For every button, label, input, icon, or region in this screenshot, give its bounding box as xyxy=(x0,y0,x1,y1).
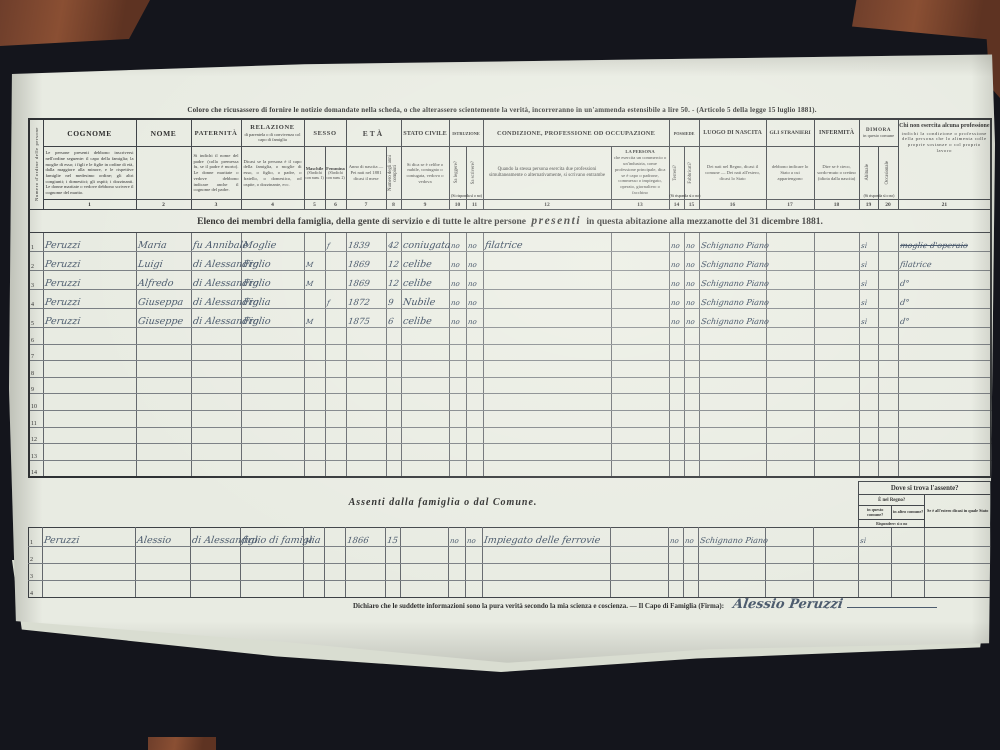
cell-da: sì xyxy=(859,252,878,271)
cell-stranieri xyxy=(766,233,814,252)
cell-nascita: Schignano Piano xyxy=(699,252,766,271)
eta-anni-label: Numero degli anni compiuti xyxy=(386,147,401,200)
cell-questo xyxy=(859,547,892,564)
cell-sf: f xyxy=(325,233,346,252)
cell-legge xyxy=(449,564,466,581)
cell-cognome xyxy=(43,410,136,427)
cell-prof xyxy=(483,328,611,345)
cell-pt: no xyxy=(669,290,684,309)
head-of-family-signature: Alessio Peruzzi xyxy=(732,598,844,611)
cell-do xyxy=(878,344,898,361)
cell-paternita: di Alessandro xyxy=(191,252,241,271)
cell-scrive: no xyxy=(466,528,483,547)
cell-stranieri xyxy=(766,460,814,477)
cell-nome: Luigi xyxy=(136,252,191,271)
cell-cognome xyxy=(43,328,136,345)
column-sesso-title: SESSO xyxy=(304,119,346,147)
cell-stranieri xyxy=(766,528,814,547)
cell-nascita: Schignano Piano xyxy=(699,233,766,252)
cell-paternita xyxy=(191,547,241,564)
condizione-note: Quando la stessa persona esercita due pr… xyxy=(483,147,611,200)
cell-n: 10 xyxy=(29,394,43,411)
cell-legge xyxy=(449,344,466,361)
census-table-present: Numero d'ordine delle persone COGNOME NO… xyxy=(28,118,992,478)
penalty-notice: Coloro che ricusassero di fornire le not… xyxy=(8,106,996,114)
cell-paternita xyxy=(191,427,241,444)
cell-estero xyxy=(925,547,991,564)
cell-questo xyxy=(859,564,892,581)
table-row: 1PeruzziMariafu AnnibaleMoglief183942con… xyxy=(29,233,991,252)
cell-relazione: Figlio xyxy=(241,309,304,328)
cell-stato xyxy=(401,410,449,427)
cell-sm xyxy=(304,444,325,461)
cell-persona xyxy=(611,271,669,290)
cell-persona xyxy=(611,394,669,411)
cell-nascita xyxy=(699,547,766,564)
cell-persona xyxy=(611,309,669,328)
cell-persona xyxy=(611,410,669,427)
cell-pt xyxy=(669,344,684,361)
cell-relazione xyxy=(241,328,304,345)
cell-stranieri xyxy=(766,328,814,345)
cell-chi xyxy=(898,361,991,378)
cell-infermita xyxy=(814,394,859,411)
cell-infermita xyxy=(814,290,859,309)
cell-scrive xyxy=(466,328,483,345)
column-istruzione-title: ISTRUZIONE xyxy=(449,119,483,147)
cell-infermita xyxy=(814,309,859,328)
cell-nascita xyxy=(699,427,766,444)
cell-infermita xyxy=(814,361,859,378)
cell-pf xyxy=(684,410,699,427)
cell-paternita xyxy=(191,444,241,461)
cell-chi: d° xyxy=(898,290,991,309)
cell-sf xyxy=(325,564,346,581)
cell-pt xyxy=(669,444,684,461)
cell-sm: M xyxy=(304,271,325,290)
cell-relazione: figlio di famiglia xyxy=(241,528,304,547)
cell-pf xyxy=(684,460,699,477)
table-row: 2 xyxy=(29,547,991,564)
cell-scrive xyxy=(466,377,483,394)
cell-paternita xyxy=(191,328,241,345)
absent-box-questo: in questo comune? xyxy=(859,506,892,520)
cell-anno: 1869 xyxy=(346,252,386,271)
cell-infermita xyxy=(814,427,859,444)
column-possiede-title: POSSIEDE xyxy=(669,119,699,147)
cell-nome: Giuseppe xyxy=(136,309,191,328)
cell-scrive: no xyxy=(466,252,483,271)
sesso-maschile: Maschile(S'indichi con num. 1) xyxy=(304,147,325,200)
cell-da xyxy=(859,444,878,461)
cell-chi: moglie d'operaio xyxy=(898,233,991,252)
cell-prof xyxy=(483,361,611,378)
cell-prof xyxy=(483,427,611,444)
cell-stato xyxy=(401,444,449,461)
cell-stranieri xyxy=(766,377,814,394)
cell-prof xyxy=(483,271,611,290)
cell-sm xyxy=(304,344,325,361)
cell-anni: 42 xyxy=(386,233,401,252)
cell-stranieri xyxy=(766,309,814,328)
cell-stato xyxy=(401,344,449,361)
cell-paternita: di Alessandro xyxy=(191,528,241,547)
cell-stato xyxy=(401,581,449,598)
cell-persona xyxy=(611,377,669,394)
cell-prof: filatrice xyxy=(483,233,611,252)
cell-do xyxy=(878,427,898,444)
cell-anni xyxy=(386,377,401,394)
cell-sf xyxy=(325,361,346,378)
cell-da xyxy=(859,410,878,427)
cell-pt: no xyxy=(669,233,684,252)
cell-persona xyxy=(611,344,669,361)
cell-anni xyxy=(386,547,401,564)
cell-chi xyxy=(898,444,991,461)
table-row: 14 xyxy=(29,460,991,477)
cell-persona xyxy=(611,252,669,271)
table-row: 10 xyxy=(29,394,991,411)
cell-nascita xyxy=(699,377,766,394)
column-eta-title: ETÀ xyxy=(346,119,401,147)
cell-legge xyxy=(449,427,466,444)
cell-relazione xyxy=(241,547,304,564)
cell-anno: 1866 xyxy=(346,528,386,547)
cell-sm xyxy=(304,361,325,378)
cell-persona xyxy=(611,328,669,345)
cell-cognome: Peruzzi xyxy=(43,252,136,271)
cell-n: 8 xyxy=(29,361,43,378)
cell-relazione xyxy=(241,444,304,461)
cell-cognome xyxy=(43,581,136,598)
cell-pf xyxy=(684,361,699,378)
cell-paternita xyxy=(191,460,241,477)
cell-cognome xyxy=(43,361,136,378)
cell-infermita xyxy=(814,410,859,427)
cell-scrive xyxy=(466,444,483,461)
cell-stranieri xyxy=(766,252,814,271)
cell-n: 4 xyxy=(29,581,43,598)
cell-chi xyxy=(898,460,991,477)
cell-legge: no xyxy=(449,252,466,271)
column-nascita-title: LUOGO DI NASCITA xyxy=(699,119,766,147)
cell-scrive xyxy=(466,460,483,477)
signature-line xyxy=(847,607,937,608)
table-row: 1PeruzziAlessiodi Alessandrofiglio di fa… xyxy=(29,528,991,547)
table-row: 3PeruzziAlfredodi AlessandroFiglioM18691… xyxy=(29,271,991,290)
cell-prof xyxy=(483,410,611,427)
cell-stranieri xyxy=(766,547,814,564)
cell-legge xyxy=(449,328,466,345)
table-row: 4 xyxy=(29,581,991,598)
cell-sf xyxy=(325,252,346,271)
table-surface-top-left xyxy=(0,0,150,50)
cell-pt: no xyxy=(669,309,684,328)
cell-cognome: Peruzzi xyxy=(43,528,136,547)
cell-n: 5 xyxy=(29,309,43,328)
cell-infermita xyxy=(814,377,859,394)
cell-chi xyxy=(898,410,991,427)
cell-cognome xyxy=(43,460,136,477)
column-paternita-title: PATERNITÀ xyxy=(191,119,241,147)
stranieri-note: debbono indicare lo Stato a cui apparten… xyxy=(766,147,814,200)
cell-anno xyxy=(346,564,386,581)
cell-anno xyxy=(346,581,386,598)
cell-altro xyxy=(892,581,925,598)
cell-infermita xyxy=(814,547,859,564)
cell-pf xyxy=(684,564,699,581)
cell-stranieri xyxy=(766,564,814,581)
cell-sm xyxy=(304,564,325,581)
cell-do xyxy=(878,377,898,394)
nome-note xyxy=(136,147,191,200)
cell-da xyxy=(859,460,878,477)
cell-sm xyxy=(304,547,325,564)
cell-sm xyxy=(304,290,325,309)
cell-prof: Impiegato delle ferrovie xyxy=(483,528,611,547)
cell-estero xyxy=(925,528,991,547)
table-surface-bottom xyxy=(148,737,216,750)
cell-pt: no xyxy=(669,252,684,271)
column-ordine: Numero d'ordine delle persone xyxy=(29,119,43,210)
cell-nascita xyxy=(699,581,766,598)
cell-scrive: no xyxy=(466,309,483,328)
cell-chi xyxy=(898,328,991,345)
cell-anni xyxy=(386,564,401,581)
cell-sf xyxy=(325,427,346,444)
cell-anno: 1872 xyxy=(346,290,386,309)
cell-persona xyxy=(611,564,669,581)
cell-questo xyxy=(859,581,892,598)
cell-stato xyxy=(401,427,449,444)
cell-infermita xyxy=(814,581,859,598)
cell-stato xyxy=(401,547,449,564)
cell-nome xyxy=(136,328,191,345)
cell-anno xyxy=(346,377,386,394)
column-infermita-title: INFERMITÀ xyxy=(814,119,859,147)
dimora-occasionale: Occasionale xyxy=(878,147,898,200)
cell-sm xyxy=(304,427,325,444)
condizione-persona-note: LA PERSONAche esercita un commercio o un… xyxy=(611,147,669,200)
cell-n: 12 xyxy=(29,427,43,444)
cell-pt: no xyxy=(669,528,684,547)
cell-anni xyxy=(386,328,401,345)
cell-cognome: Peruzzi xyxy=(43,271,136,290)
cell-nome xyxy=(136,581,191,598)
cell-prof xyxy=(483,290,611,309)
nascita-note: Dei nati nel Regno, dicasi il comune — D… xyxy=(699,147,766,200)
table-row: 8 xyxy=(29,361,991,378)
column-relazione-title: RELAZIONEdi parentela o di convivenza co… xyxy=(241,119,304,147)
cell-sf xyxy=(325,309,346,328)
cell-nascita: Schignano Piano xyxy=(699,528,766,547)
cell-do xyxy=(878,271,898,290)
cell-chi xyxy=(898,344,991,361)
census-form-sheet: Coloro che ricusassero di fornire le not… xyxy=(8,52,996,664)
cell-scrive xyxy=(466,427,483,444)
absent-box-altro: in altro comune? xyxy=(892,506,925,520)
cell-pf xyxy=(684,581,699,598)
cell-chi: d° xyxy=(898,271,991,290)
cell-sf xyxy=(325,581,346,598)
elenco-title: Elenco dei membri della famiglia, della … xyxy=(29,210,991,233)
cell-do xyxy=(878,233,898,252)
cell-n: 2 xyxy=(29,252,43,271)
cell-relazione xyxy=(241,361,304,378)
cell-relazione xyxy=(241,460,304,477)
cell-paternita xyxy=(191,344,241,361)
cell-pf xyxy=(684,427,699,444)
absent-box-regno: È nel Regno? xyxy=(859,495,925,506)
cell-chi xyxy=(898,427,991,444)
cell-cognome xyxy=(43,547,136,564)
cell-stato xyxy=(401,528,449,547)
cell-paternita xyxy=(191,377,241,394)
cell-legge xyxy=(449,410,466,427)
cell-cognome: Peruzzi xyxy=(43,309,136,328)
cell-paternita xyxy=(191,581,241,598)
cell-pf: no xyxy=(684,252,699,271)
cell-altro xyxy=(892,564,925,581)
cell-anni xyxy=(386,581,401,598)
cell-infermita xyxy=(814,444,859,461)
cell-paternita: di Alessandro xyxy=(191,290,241,309)
column-nome-title: NOME xyxy=(136,119,191,147)
cell-pf xyxy=(684,394,699,411)
cell-persona xyxy=(611,547,669,564)
cell-prof xyxy=(483,444,611,461)
cell-nascita xyxy=(699,328,766,345)
column-chi-title: Chi non esercita alcuna professioneindic… xyxy=(898,119,991,200)
cell-legge xyxy=(449,444,466,461)
cell-pt xyxy=(669,394,684,411)
cell-pf xyxy=(684,377,699,394)
cell-infermita xyxy=(814,344,859,361)
cell-cognome xyxy=(43,377,136,394)
cell-sm xyxy=(304,581,325,598)
cell-da xyxy=(859,377,878,394)
cell-sf xyxy=(325,460,346,477)
cell-stato xyxy=(401,394,449,411)
cell-pf: no xyxy=(684,528,699,547)
cell-do xyxy=(878,361,898,378)
cell-anni: 6 xyxy=(386,309,401,328)
cell-relazione xyxy=(241,410,304,427)
cell-stato: celibe xyxy=(401,309,449,328)
cell-stranieri xyxy=(766,427,814,444)
cell-infermita xyxy=(814,328,859,345)
cell-chi xyxy=(898,394,991,411)
cell-scrive xyxy=(466,394,483,411)
cell-legge xyxy=(449,460,466,477)
cell-stato xyxy=(401,460,449,477)
cell-pf: no xyxy=(684,233,699,252)
possiede-terreni: Terreni?(Si risponda sì o no) xyxy=(669,147,684,200)
cell-paternita xyxy=(191,361,241,378)
cell-nome xyxy=(136,460,191,477)
column-dimora-title: DIMORAin questo comune xyxy=(859,119,898,147)
cell-chi: d° xyxy=(898,309,991,328)
cell-chi xyxy=(898,377,991,394)
column-cognome-title: COGNOME xyxy=(43,119,136,147)
cell-anno: 1875 xyxy=(346,309,386,328)
cell-questo: sì xyxy=(859,528,892,547)
cell-prof xyxy=(483,547,611,564)
cell-sf xyxy=(325,528,346,547)
cell-anni: 15 xyxy=(386,528,401,547)
dimora-abituale: Abituale(Si risponda sì o no) xyxy=(859,147,878,200)
cell-legge xyxy=(449,547,466,564)
cell-pf xyxy=(684,328,699,345)
cell-infermita xyxy=(814,528,859,547)
cell-stranieri xyxy=(766,271,814,290)
cell-sm xyxy=(304,410,325,427)
cell-sf xyxy=(325,271,346,290)
cell-nome xyxy=(136,410,191,427)
cell-n: 7 xyxy=(29,344,43,361)
cell-stranieri xyxy=(766,361,814,378)
cell-stranieri xyxy=(766,410,814,427)
cell-legge: no xyxy=(449,233,466,252)
cell-prof xyxy=(483,581,611,598)
cell-stranieri xyxy=(766,344,814,361)
cell-do xyxy=(878,444,898,461)
cell-scrive xyxy=(466,344,483,361)
cell-nome xyxy=(136,377,191,394)
cell-legge: no xyxy=(449,528,466,547)
absent-box-title: Dove si trova l'assente? xyxy=(859,482,991,495)
cell-anni xyxy=(386,460,401,477)
cell-relazione xyxy=(241,344,304,361)
cell-stranieri xyxy=(766,444,814,461)
cell-paternita: di Alessandro xyxy=(191,309,241,328)
cell-paternita xyxy=(191,394,241,411)
table-row: 7 xyxy=(29,344,991,361)
cell-anni xyxy=(386,410,401,427)
cell-n: 13 xyxy=(29,444,43,461)
cell-persona xyxy=(611,427,669,444)
table-row: 12 xyxy=(29,427,991,444)
cell-stranieri xyxy=(766,290,814,309)
cell-sf xyxy=(325,394,346,411)
cell-do xyxy=(878,328,898,345)
cell-legge: no xyxy=(449,290,466,309)
table-row: 6 xyxy=(29,328,991,345)
cell-anni xyxy=(386,344,401,361)
cell-n: 1 xyxy=(29,528,43,547)
cell-prof xyxy=(483,309,611,328)
cell-stato xyxy=(401,564,449,581)
declaration-text: Dichiaro che le suddette informazioni so… xyxy=(353,602,724,610)
paternita-note: Si indichi il nome del padre (colla prem… xyxy=(191,147,241,200)
cell-sf xyxy=(325,377,346,394)
table-row: 3 xyxy=(29,564,991,581)
cell-nome: Alessio xyxy=(136,528,191,547)
cell-n: 9 xyxy=(29,377,43,394)
cell-anno xyxy=(346,410,386,427)
cell-cognome xyxy=(43,427,136,444)
cell-sf xyxy=(325,328,346,345)
cell-prof xyxy=(483,252,611,271)
cell-prof xyxy=(483,344,611,361)
census-table-absent: Dove si trova l'assente? È nel Regno? Se… xyxy=(28,481,991,598)
cell-sf xyxy=(325,344,346,361)
cell-cognome xyxy=(43,444,136,461)
cell-do xyxy=(878,252,898,271)
cell-anno xyxy=(346,344,386,361)
cell-stato xyxy=(401,328,449,345)
cell-paternita: di Alessandro xyxy=(191,271,241,290)
